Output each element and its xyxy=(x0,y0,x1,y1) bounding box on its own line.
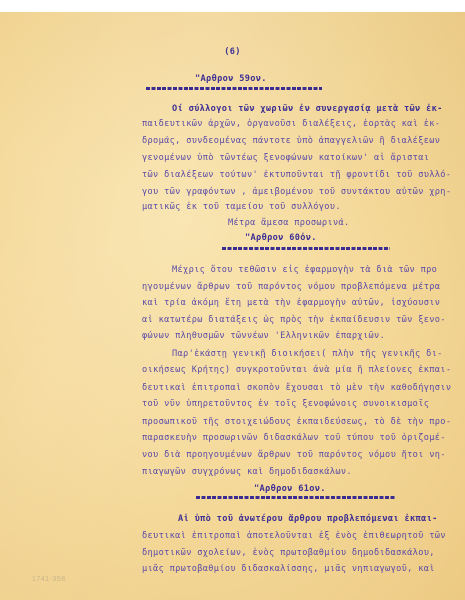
text-line: γου τῶν γραφόντων , ἀμειβομένου τοῦ συντ… xyxy=(142,187,451,197)
text-line: τοῦ νῦν ὑπηρετοῦντος ἐν τοῖς ξενοφώνοις … xyxy=(142,399,429,409)
heading-underline xyxy=(146,87,322,90)
text-line: παιδευτικῶν ἀρχῶν, ὀργανοῦσι διαλέξεις, … xyxy=(142,119,440,129)
measures-subheading: Μέτρα ἄμεσα προσωρινά. xyxy=(228,218,350,228)
text-line: φώνων πληθυσμῶν τῶννέων 'Ελληνικῶν ἐπαρχ… xyxy=(142,331,385,341)
text-line: δημοτικῶν σχολείων, ἑνὸς πρωτοβαθμίου δη… xyxy=(142,548,435,558)
text-line: δευτικαὶ ἐπιτροπαὶ σκοπὸν ἔχουσαι τὸ μὲν… xyxy=(142,383,451,393)
heading-underline xyxy=(222,247,390,250)
text-line: Οί σύλλογοι τῶν χωριῶν ἐν συνεργασίᾳ μετ… xyxy=(172,104,443,114)
heading-underline xyxy=(196,496,396,499)
text-line: Αἱ ὑπὸ τοῦ ἀνωτέρου ἄρθρου προβλεπόμεναι… xyxy=(178,514,438,524)
article-60-heading: "Αρθρον 60ὀν. xyxy=(245,233,317,243)
text-line: δρομάς, συνδεομένας πάντοτε ὑπὸ ἀπαγγελι… xyxy=(142,136,440,146)
text-line: Παρ'ἑκάστῃ γενικῇ διοικήσει( πλὴν τῆς γε… xyxy=(172,349,443,359)
text-line: δευτικαὶ ἐπιτροπαὶ ἀποτελοῦνται ἐξ ἑνὸς … xyxy=(142,531,446,541)
text-line: ματικῶς ἐκ τοῦ ταμείου τοῦ συλλόγου. xyxy=(142,202,341,212)
text-line: γενομένων ὑπὸ τῶντέως ξενοφώνων κατοίκων… xyxy=(142,153,429,163)
text-line: οικήσεως Κρήτης) συγκροτοῦνται ἀνὰ μία ἢ… xyxy=(142,365,451,375)
text-line: τῶν διαλέξεων τούτων' ἐκτυποῦνται τῇ φρο… xyxy=(142,170,451,180)
typewritten-page: (6) "Αρθρον 59ον. Οί σύλλογοι τῶν χωριῶν… xyxy=(0,12,465,600)
page-number: (6) xyxy=(0,47,465,57)
text-line: αἱ κατωτέρω διατάξεις ὡς πρὸς τὴν ἐκπαίδ… xyxy=(142,315,446,325)
text-line: καὶ τρία ἀκόμη ἔτη μετὰ τὴν ἐφαρμογὴν αὐ… xyxy=(142,298,440,308)
text-line: μιᾶς πρωτοβαθμίου διδασκαλίσσης, μιᾶς νη… xyxy=(142,564,435,574)
text-line: παρασκευὴν προσωρινῶν διδασκάλων τοῦ τύπ… xyxy=(142,433,446,443)
text-line: νου διὰ προηγουμένων ἄρθρων τοῦ παρόντος… xyxy=(142,450,446,460)
article-59-heading: "Αρθρον 59ον. xyxy=(195,74,267,84)
text-line: πιαγωγῶν συγχρόνως καὶ δημοδιδασκάλων. xyxy=(142,467,352,477)
text-line: προσωπικοῦ τῆς στοιχειώδους ἐκπαιδεύσεως… xyxy=(142,417,451,427)
article-61-heading: "Αρθρον 61ον. xyxy=(254,484,326,494)
text-line: ηγουμένων ἄρθρων τοῦ παρόντος νόμου προβ… xyxy=(142,282,440,292)
text-line: Μέχρις ὅτου τεθῶσιν εἰς ἐφαρμογὴν τὰ διὰ… xyxy=(172,265,437,275)
archive-pencil-mark: 1741-358 xyxy=(32,576,66,583)
